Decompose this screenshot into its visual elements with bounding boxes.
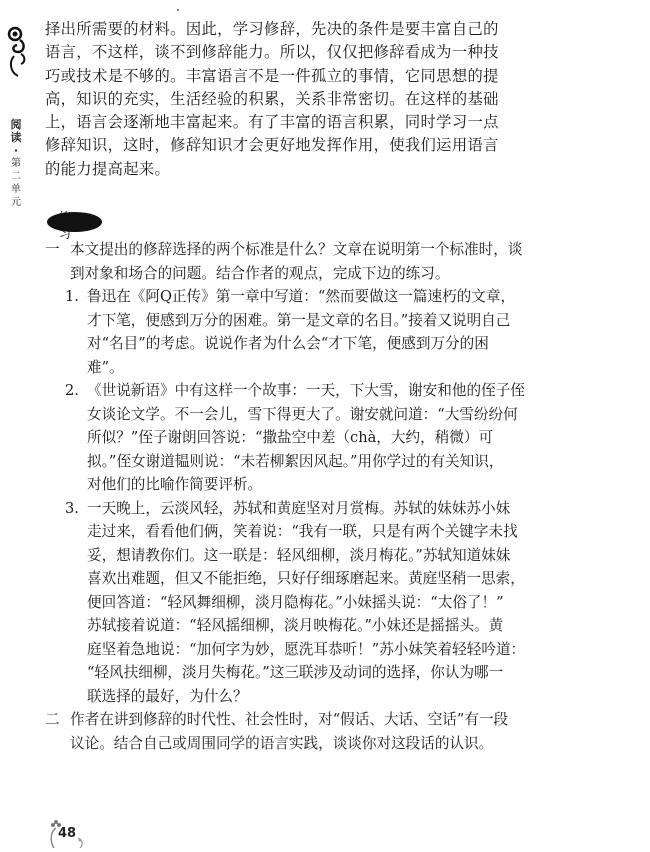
text-line: 庭坚着急地说：“加何字为妙，愿洗耳恭听！”苏小妹笑着轻轻吟道：	[87, 638, 465, 662]
text-line: 语言，不这样，谈不到修辞能力。所以，仅仅把修辞看成为一种技	[45, 41, 455, 64]
sub-question-number: 3.	[65, 497, 79, 521]
exercise-item: 二 作者在讲到修辞的时代性、社会性时，对“假话、大话、空话”有一段 议论。结合自…	[45, 708, 465, 755]
sub-question: 2. 《世说新语》中有这样一个故事：一天，下大雪，谢安和他的侄子侄 女谈论文学。…	[45, 379, 465, 497]
practice-heading: 练习	[59, 208, 102, 242]
sub-question-number: 1.	[65, 285, 79, 309]
text-line: 妥，想请教你们。这一联是：轻风细柳，淡月梅花。”苏轼知道妹妹	[87, 544, 465, 568]
text-line: 苏轼接着说道：“轻风摇细柳，淡月映梅花。”小妹还是摇摇头。黄	[87, 614, 465, 638]
sub-question-number: 2.	[65, 379, 79, 403]
text-line: 高，知识的充实，生活经验的积累，关系非常密切。在这样的基础	[45, 88, 455, 111]
text-line: 对他们的比喻作简要评析。	[87, 473, 465, 497]
text-line: 本文提出的修辞选择的两个标准是什么？文章在说明第一个标准时，谈	[70, 238, 465, 262]
exercise-item: 一 本文提出的修辞选择的两个标准是什么？文章在说明第一个标准时，谈 到对象和场合…	[45, 238, 465, 285]
text-line: 联选择的最好，为什么？	[87, 685, 465, 709]
text-line: 作者在讲到修辞的时代性、社会性时，对“假话、大话、空话”有一段	[70, 708, 465, 732]
unit-char: 第	[8, 157, 24, 170]
sub-question: 1. 鲁迅在《阿Q正传》第一章中写道：“然而要做这一篇速朽的文章， 才下笔，便感…	[45, 285, 465, 379]
scan-speck	[177, 9, 179, 11]
text-line: “轻风扶细柳，淡月失梅花。”这三联涉及动词的选择，你认为哪一	[87, 661, 465, 685]
practice-heading-badge: 练习	[47, 212, 102, 232]
text-line: 《世说新语》中有这样一个故事：一天，下大雪，谢安和他的侄子侄	[87, 379, 465, 403]
unit-char: 二	[8, 170, 24, 183]
text-line: 走过来，看看他们俩，笑着说：“我有一联，只是有两个关键字未找	[87, 520, 465, 544]
text-line: 才下笔，便感到万分的困难。第一是文章的名目。”接着又说明自己	[87, 309, 465, 333]
exercise-number: 一	[45, 238, 60, 262]
unit-char: 元	[8, 196, 24, 209]
body-paragraph: 择出所需要的材料。因此，学习修辞，先决的条件是要丰富自己的 语言，不这样，谈不到…	[45, 18, 455, 181]
text-line: 喜欢出难题，但又不能拒绝，只好仔细琢磨起来。黄庭坚稍一思索，	[87, 567, 465, 591]
unit-char: 单	[8, 183, 24, 196]
text-line: 上，语言会逐渐地丰富起来。有了丰富的语言积累，同时学习一点	[45, 111, 455, 134]
text-line: 女谈论文学。不一会儿，雪下得更大了。谢安就问道：“大雪纷纷何	[87, 403, 465, 427]
text-line: 一天晚上，云淡风轻，苏轼和黄庭坚对月赏梅。苏轼的妹妹苏小妹	[87, 497, 465, 521]
body-text: 择出所需要的材料。因此，学习修辞，先决的条件是要丰富自己的 语言，不这样，谈不到…	[45, 18, 455, 181]
page-number: 48	[58, 826, 76, 841]
text-line: 鲁迅在《阿Q正传》第一章中写道：“然而要做这一篇速朽的文章，	[87, 285, 465, 309]
text-line: 巧或技术是不够的。丰富语言不是一件孤立的事情，它同思想的提	[45, 65, 455, 88]
text-line: 修辞知识，这时，修辞知识才会更好地发挥作用，使我们运用语言	[45, 134, 455, 157]
text-line: 到对象和场合的问题。结合作者的观点，完成下边的练习。	[70, 262, 465, 286]
floral-ornament-icon	[6, 26, 30, 78]
unit-side-label: 阅读 · 第 二 单 元	[8, 118, 24, 209]
exercise-list: 一 本文提出的修辞选择的两个标准是什么？文章在说明第一个标准时，谈 到对象和场合…	[45, 238, 465, 755]
sub-question: 3. 一天晚上，云淡风轻，苏轼和黄庭坚对月赏梅。苏轼的妹妹苏小妹 走过来，看看他…	[45, 497, 465, 709]
section-label: 阅读	[10, 118, 22, 144]
text-line: 难”。	[87, 356, 465, 380]
text-line: 拟。”侄女谢道韫则说：“未若柳絮因风起。”用你学过的有关知识，	[87, 450, 465, 474]
text-line: 议论。结合自己或周围同学的语言实践，谈谈你对这段话的认识。	[70, 732, 465, 756]
text-line: 择出所需要的材料。因此，学习修辞，先决的条件是要丰富自己的	[45, 18, 455, 41]
text-line: 的能力提高起来。	[45, 158, 455, 181]
exercise-number: 二	[45, 708, 60, 732]
text-line: 所似？”侄子谢朗回答说：“撒盐空中差（chà，大约，稍微）可	[87, 426, 465, 450]
text-line: 对“名目”的考虑。说说作者为什么会“才下笔，便感到万分的困	[87, 332, 465, 356]
separator-dot: ·	[8, 144, 24, 157]
text-line: 便回答道：“轻风舞细柳，淡月隐梅花。”小妹摇头说：“太俗了！”	[87, 591, 465, 615]
